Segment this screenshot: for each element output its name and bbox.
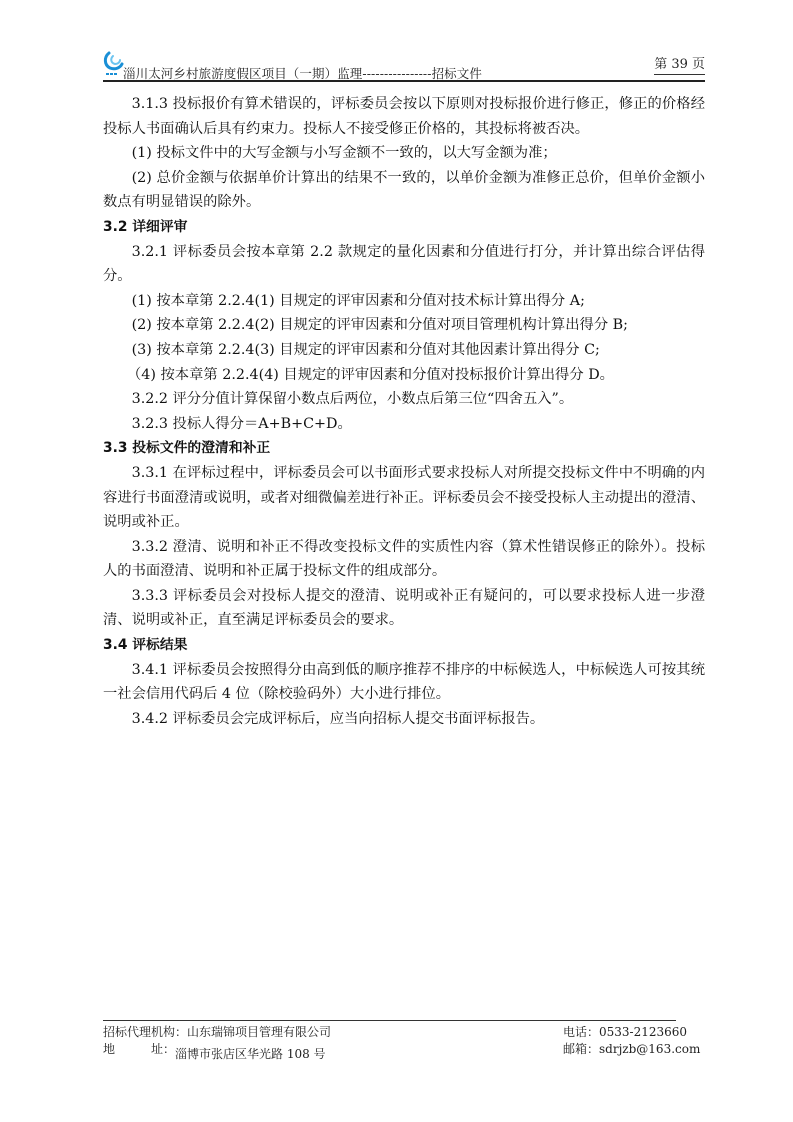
paragraph-3-2-2: 3.2.2 评分分值计算保留小数点后两位，小数点后第三位“四舍五入”。 bbox=[103, 387, 705, 412]
address-label-a: 地 bbox=[103, 1041, 115, 1058]
paragraph-3-2-3: 3.2.3 投标人得分＝A+B+C+D。 bbox=[103, 412, 705, 437]
agency-label: 招标代理机构： bbox=[103, 1025, 187, 1039]
list-item: (1) 投标文件中的大写金额与小写金额不一致的，以大写金额为准； bbox=[103, 141, 705, 166]
section-heading-3-4: 3.4 评标结果 bbox=[103, 633, 705, 658]
email-info: 邮箱：sdrjzb@163.com bbox=[563, 1041, 700, 1058]
address-value: 淄博市张店区华光路 108 号 bbox=[175, 1047, 326, 1061]
paragraph-3-3-1: 3.3.1 在评标过程中，评标委员会可以书面形式要求投标人对所提交投标文件中不明… bbox=[103, 461, 705, 535]
agency-name: 山东瑞锦项目管理有限公司 bbox=[187, 1025, 331, 1039]
phone-info: 电话：0533-2123660 bbox=[563, 1024, 687, 1041]
section-heading-3-2: 3.2 详细评审 bbox=[103, 215, 705, 240]
paragraph-3-2-1: 3.2.1 评标委员会按本章第 2.2 款规定的量化因素和分值进行打分，并计算出… bbox=[103, 240, 705, 289]
list-item: （4) 按本章第 2.2.4(4) 目规定的评审因素和分值对投标报价计算出得分 … bbox=[103, 363, 705, 388]
footer-row-address: 地址：淄博市张店区华光路 108 号 邮箱：sdrjzb@163.com bbox=[103, 1041, 673, 1058]
address-label-b: 址： bbox=[151, 1041, 175, 1058]
paragraph-3-3-3: 3.3.3 评标委员会对投标人提交的澄清、说明或补正有疑问的，可以要求投标人进一… bbox=[103, 584, 705, 633]
agency-info: 招标代理机构：山东瑞锦项目管理有限公司 bbox=[103, 1024, 331, 1041]
list-item: (2) 总价金额与依据单价计算出的结果不一致的，以单价金额为准修正总价，但单价金… bbox=[103, 166, 705, 215]
paragraph-3-4-1: 3.4.1 评标委员会按照得分由高到低的顺序推荐不排序的中标候选人，中标候选人可… bbox=[103, 658, 705, 707]
paragraph-3-4-2: 3.4.2 评标委员会完成评标后，应当向招标人提交书面评标报告。 bbox=[103, 707, 705, 732]
list-item: (1) 按本章第 2.2.4(1) 目规定的评审因素和分值对技术标计算出得分 A… bbox=[103, 289, 705, 314]
wave-logo-icon bbox=[103, 50, 125, 78]
section-heading-3-3: 3.3 投标文件的澄清和补正 bbox=[103, 436, 705, 461]
footer-divider bbox=[103, 1020, 676, 1021]
page-footer: 招标代理机构：山东瑞锦项目管理有限公司 电话：0533-2123660 地址：淄… bbox=[103, 1024, 673, 1058]
paragraph-3-1-3: 3.1.3 投标报价有算术错误的，评标委员会按以下原则对投标报价进行修正，修正的… bbox=[103, 92, 705, 141]
address-label: 地址： bbox=[103, 1041, 175, 1058]
footer-row-agency: 招标代理机构：山东瑞锦项目管理有限公司 电话：0533-2123660 bbox=[103, 1024, 673, 1041]
paragraph-3-3-2: 3.3.2 澄清、说明和补正不得改变投标文件的实质性内容（算术性错误修正的除外）… bbox=[103, 535, 705, 584]
page-header: 淄川太河乡村旅游度假区项目（一期）监理----------------招标文件 … bbox=[103, 50, 705, 80]
page-number: 第 39 页 bbox=[654, 53, 705, 75]
list-item: (3) 按本章第 2.2.4(3) 目规定的评审因素和分值对其他因素计算出得分 … bbox=[103, 338, 705, 363]
list-item: (2) 按本章第 2.2.4(2) 目规定的评审因素和分值对项目管理机构计算出得… bbox=[103, 313, 705, 338]
address-info: 地址：淄博市张店区华光路 108 号 bbox=[103, 1041, 326, 1063]
header-divider bbox=[103, 80, 705, 82]
document-body: 3.1.3 投标报价有算术错误的，评标委员会按以下原则对投标报价进行修正，修正的… bbox=[103, 92, 705, 731]
